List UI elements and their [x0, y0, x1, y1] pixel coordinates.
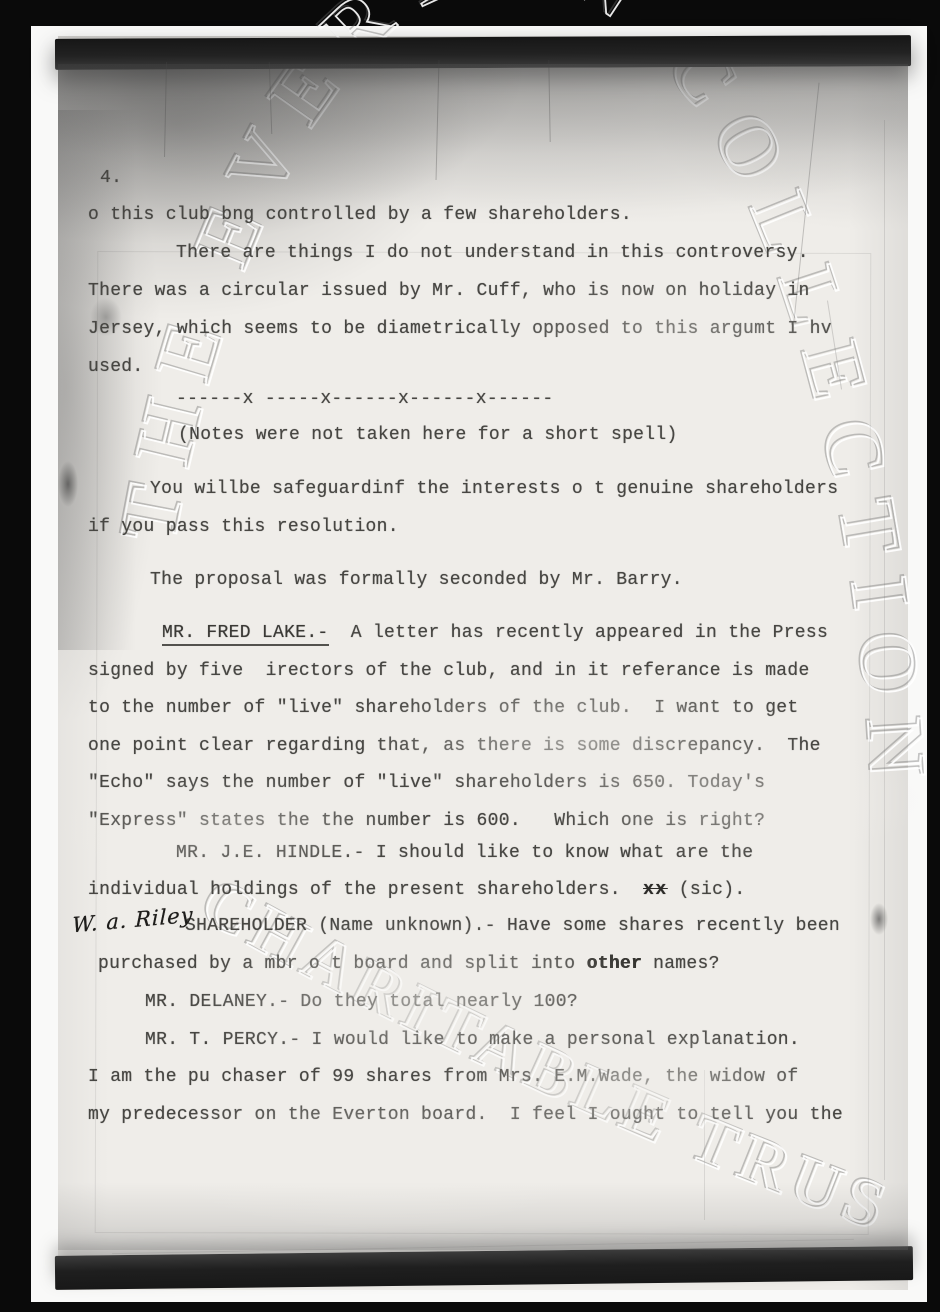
- typed-line: W. a. RileySHAREHOLDER (Name unknown).- …: [88, 916, 840, 936]
- overstruck-word: other: [586, 954, 642, 974]
- typed-line: used.: [88, 357, 144, 377]
- typed-line: MR. T. PERCY.- I would like to make a pe…: [88, 1030, 800, 1050]
- typed-line: to the number of "live" shareholders of …: [88, 698, 799, 718]
- typed-line: signed by five irectors of the club, and…: [88, 661, 810, 681]
- typed-line: "Echo" says the number of "live" shareho…: [88, 773, 765, 793]
- struck-out-characters: xx: [643, 880, 668, 900]
- typed-line: "Express" states the the number is 600. …: [88, 811, 765, 831]
- typed-line: I am the pu chaser of 99 shares from Mrs…: [88, 1067, 799, 1087]
- typed-line: (Notes were not taken here for a short s…: [88, 425, 678, 445]
- typed-line: MR. J.E. HINDLE.- I should like to know …: [88, 843, 753, 863]
- typed-line: MR. FRED LAKE.- A letter has recently ap…: [88, 623, 828, 643]
- speaker-name-underlined: MR. FRED LAKE.-: [162, 623, 329, 646]
- typed-line: if you pass this resolution.: [88, 517, 399, 537]
- typed-text: A letter has recently appeared in the Pr…: [329, 623, 829, 643]
- typed-line: The proposal was formally seconded by Mr…: [88, 570, 683, 590]
- typed-line: MR. DELANEY.- Do they total nearly 100?: [88, 992, 578, 1012]
- typed-line: o this club bng controlled by a few shar…: [88, 205, 632, 225]
- typed-line: one point clear regarding that, as there…: [88, 736, 821, 756]
- typed-text: individual holdings of the present share…: [88, 880, 643, 900]
- typed-line: You willbe safeguardinf the interests o …: [88, 479, 838, 499]
- page-number: 4.: [88, 168, 122, 188]
- typed-text: names?: [642, 954, 720, 974]
- typed-line: There are things I do not understand in …: [88, 243, 809, 263]
- handwritten-annotation: W. a. Riley: [72, 903, 194, 938]
- scanned-document-page: THE EVERTON COLLECTION CHARITABLE TRUST …: [0, 0, 940, 1312]
- typed-text: SHAREHOLDER (Name unknown).- Have some s…: [185, 916, 840, 936]
- divider-line: ------x -----x------x------x------: [88, 389, 553, 409]
- typed-line: purchased by a mbr o t board and split i…: [88, 954, 720, 974]
- typed-line: Jersey, which seems to be diametrically …: [88, 319, 832, 339]
- typed-line: There was a circular issued by Mr. Cuff,…: [88, 281, 810, 301]
- typed-text: (sic).: [668, 880, 746, 900]
- typed-text: purchased by a mbr o t board and split i…: [98, 954, 586, 974]
- typed-text-layer: 4. o this club bng controlled by a few s…: [0, 0, 940, 1312]
- typed-line: individual holdings of the present share…: [88, 880, 745, 900]
- typed-line: my predecessor on the Everton board. I f…: [88, 1105, 843, 1125]
